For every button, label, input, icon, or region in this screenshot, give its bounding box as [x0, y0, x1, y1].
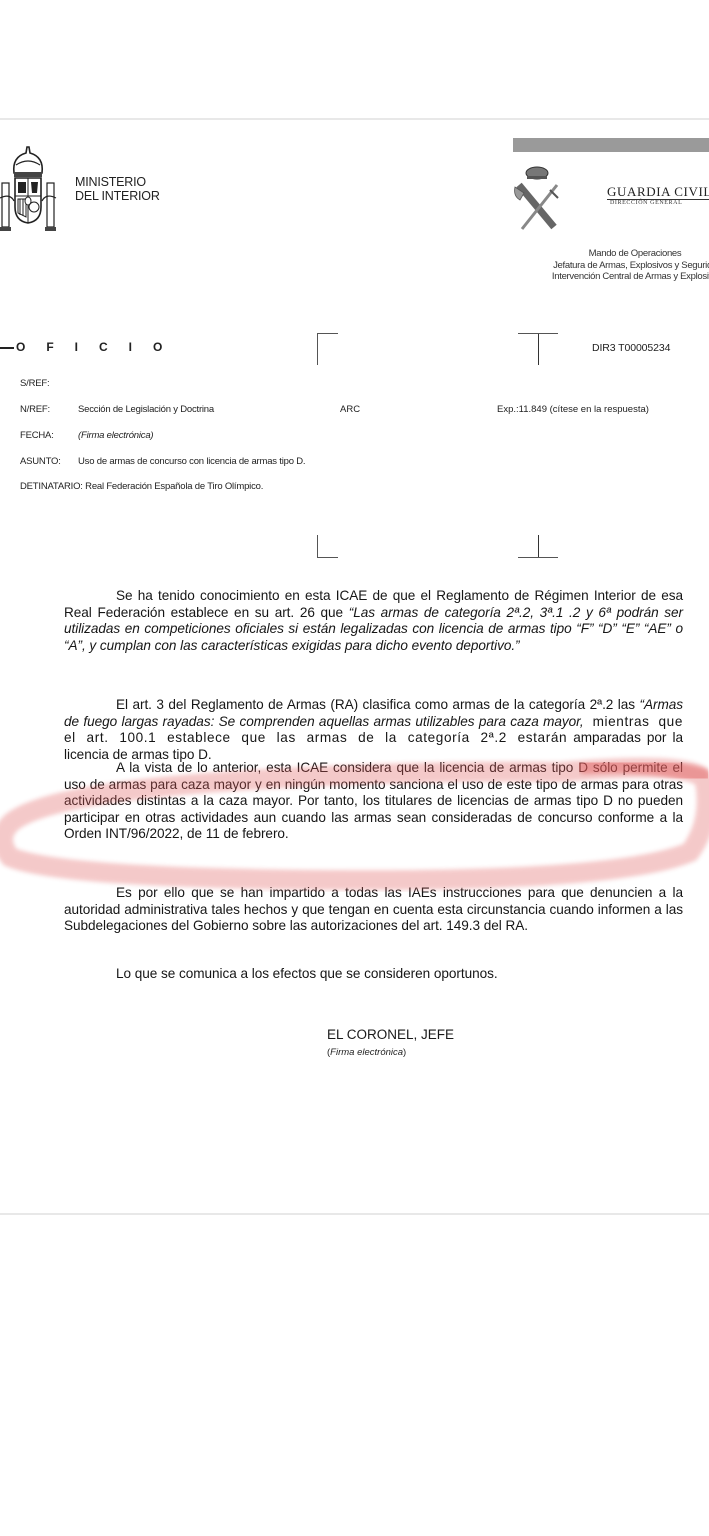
nref-value: Sección de Legislación y Doctrina	[78, 404, 214, 415]
signature-title: EL CORONEL, JEFE	[327, 1027, 454, 1042]
signature-note: (Firma electrónica)	[327, 1047, 406, 1058]
ministry-name: MINISTERIO DEL INTERIOR	[75, 175, 160, 203]
oficio-rule	[0, 347, 14, 349]
guardia-civil-emblem-icon	[512, 163, 562, 233]
destinatario-label: DETINATARIO: Real Federación Española de…	[20, 481, 263, 492]
expedient-number: Exp.:11.849 (cítese en la respuesta)	[497, 404, 649, 415]
sref-label: S/REF:	[20, 378, 49, 389]
spanish-coat-of-arms-icon	[0, 143, 64, 235]
asunto-value: Uso de armas de concurso con licencia de…	[78, 456, 305, 467]
fecha-label: FECHA:	[20, 430, 54, 441]
paragraph-5: Lo que se comunica a los efectos que se …	[64, 966, 683, 983]
address-window-corner	[317, 535, 338, 558]
paragraph-2: El art. 3 del Reglamento de Armas (RA) c…	[64, 697, 683, 763]
nref-label: N/REF:	[20, 404, 50, 415]
address-window-corner	[317, 333, 338, 365]
paragraph-3-highlighted: A la vista de lo anterior, esta ICAE con…	[64, 760, 683, 843]
page-top-edge	[0, 118, 709, 120]
nref-code: ARC	[340, 404, 360, 415]
dir3-code: DIR3 T00005234	[592, 342, 670, 354]
address-window-corner	[518, 535, 558, 558]
header-bar	[513, 138, 709, 152]
page-bottom-edge	[0, 1213, 709, 1215]
paragraph-4: Es por ello que se han impartido a todas…	[64, 885, 683, 935]
oficio-title: OFICIO	[16, 340, 183, 354]
agency-subtitle: DIRECCIÓN GENERAL	[610, 200, 682, 206]
destinatario-value: Real Federación Española de Tiro Olímpic…	[85, 481, 263, 492]
asunto-label: ASUNTO:	[20, 456, 61, 467]
department-block: Mando de Operaciones Jefatura de Armas, …	[520, 248, 709, 283]
paragraph-1: Se ha tenido conocimiento en esta ICAE d…	[64, 588, 683, 654]
fecha-value: (Firma electrónica)	[78, 430, 153, 441]
agency-title: GUARDIA CIVIL	[607, 184, 709, 200]
address-window-corner	[518, 333, 558, 365]
